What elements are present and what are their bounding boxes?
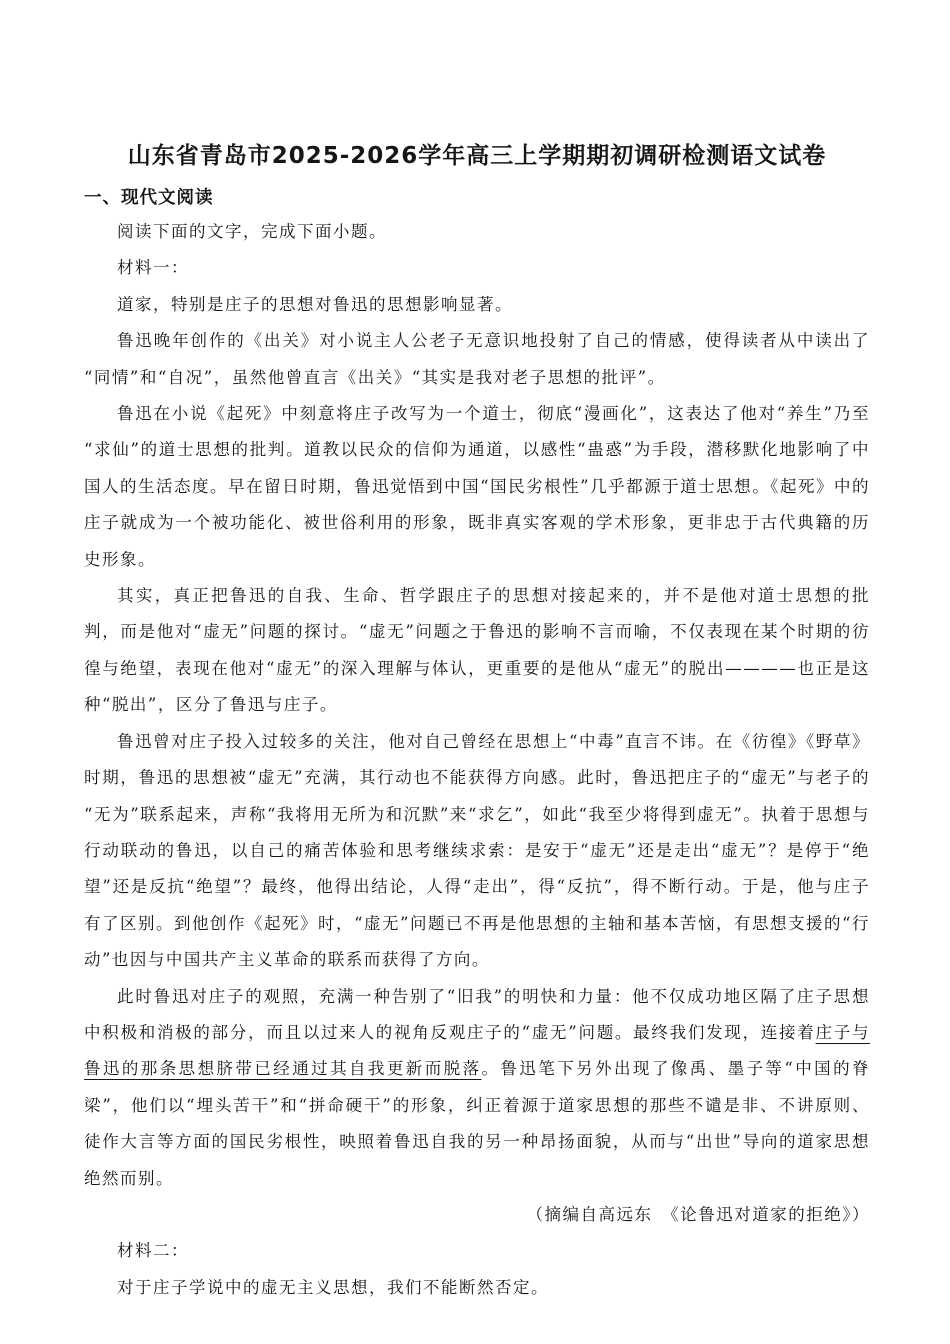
exam-paper-page: 山东省青岛市2025-2026学年高三上学期期初调研检测语文试卷 一、现代文阅读… <box>0 0 950 1344</box>
text-run: 。鲁迅笔下另外出现了像禹、墨子等“中国的脊梁”，他们以“埋头苦干”和“拼命硬干”… <box>84 1059 870 1187</box>
article-paragraph: 对于庄子学说中的虚无主义思想，我们不能断然否定。 <box>84 1270 870 1306</box>
attribution-line: （摘编自高远东 《论鲁迅对道家的拒绝》） <box>84 1197 870 1233</box>
emphasis-dot-text-run: 中毒 <box>579 732 615 751</box>
text-run: 鲁迅曾对庄子投入过较多的关注，他对自己曾经在思想上“ <box>117 732 579 751</box>
text-run: ”直言不讳。在《彷徨》《野草》时期，鲁迅的思想被“虚无”充满，其行动也不能获得方… <box>84 732 870 969</box>
article-paragraph: 鲁迅晚年创作的《出关》对小说主人公老子无意识地投射了自己的情感，使得读者从中读出… <box>84 323 870 396</box>
article-paragraph: 其实，真正把鲁迅的自我、生命、哲学跟庄子的思想对接起来的，并不是他对道士思想的批… <box>84 578 870 724</box>
text-run: （摘编自高远东 《论鲁迅对道家的拒绝》） <box>527 1205 871 1224</box>
text-run: 此时鲁迅对庄子的观照，充满一种告别了“旧我”的明快和力量：他不仅成功地区隔了庄子… <box>84 987 870 1042</box>
section-heading-modern-text-reading: 一、现代文阅读 <box>84 182 870 214</box>
text-run: 对于庄子学说中的虚无主义思想，我们不能断然否定。 <box>117 1278 549 1297</box>
article-paragraph: 道家，特别是庄子的思想对鲁迅的思想影响显著。 <box>84 287 870 323</box>
text-run: 材料一： <box>117 258 189 277</box>
article-paragraph: 材料二： <box>84 1233 870 1269</box>
article-body: 材料一：道家，特别是庄子的思想对鲁迅的思想影响显著。鲁迅晚年创作的《出关》对小说… <box>84 250 870 1306</box>
text-run: 鲁迅在小说《起死》中刻意将庄子改写为一个道士，彻底“漫画化”，这表达了他对“养生… <box>84 404 870 569</box>
article-paragraph: 鲁迅曾对庄子投入过较多的关注，他对自己曾经在思想上“中毒”直言不讳。在《彷徨》《… <box>84 724 870 979</box>
text-run: 道家，特别是庄子的思想对鲁迅的思想影响显著。 <box>117 295 513 314</box>
text-run: 材料二： <box>117 1241 189 1260</box>
article-paragraph: 材料一： <box>84 250 870 286</box>
emphasis-dot-text-run: 脱出 <box>689 659 725 678</box>
article-paragraph: 此时鲁迅对庄子的观照，充满一种告别了“旧我”的明快和力量：他不仅成功地区隔了庄子… <box>84 979 870 1197</box>
reading-instruction: 阅读下面的文字，完成下面小题。 <box>84 214 870 250</box>
article-paragraph: 鲁迅在小说《起死》中刻意将庄子改写为一个道士，彻底“漫画化”，这表达了他对“养生… <box>84 396 870 578</box>
page-title: 山东省青岛市2025-2026学年高三上学期期初调研检测语文试卷 <box>84 140 870 172</box>
text-run: 鲁迅晚年创作的《出关》对小说主人公老子无意识地投射了自己的情感，使得读者从中读出… <box>84 331 870 386</box>
